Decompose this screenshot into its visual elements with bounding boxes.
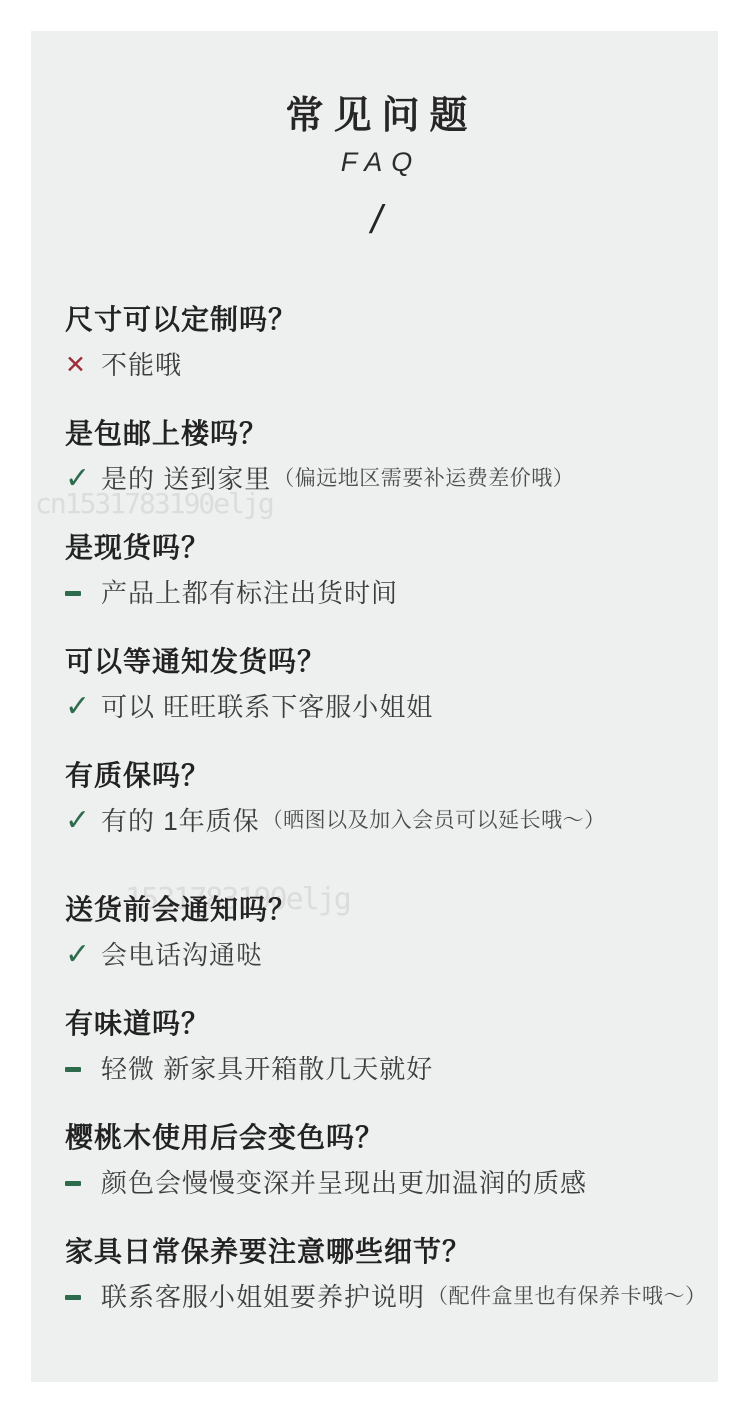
answer-note: （配件盒里也有保养卡哦～） [427,1279,707,1315]
check-icon: ✓ [65,803,101,839]
faq-item: 是现货吗？ 产品上都有标注出货时间 [65,533,688,611]
question-text: 送货前会通知吗？ [65,895,688,925]
faq-card: cn1531783190eljg 1531783190eljg 常见问题 FAQ… [31,31,718,1382]
question-text: 是现货吗？ [65,533,688,563]
faq-item: 尺寸可以定制吗？ ✕ 不能哦 [65,305,688,383]
question-text: 樱桃木使用后会变色吗？ [65,1123,688,1153]
dash-icon [65,1181,101,1186]
question-text: 可以等通知发货吗？ [65,647,688,677]
question-text: 是包邮上楼吗？ [65,419,688,449]
answer-row: 颜色会慢慢变深并呈现出更加温润的质感 [65,1165,688,1201]
faq-item: 送货前会通知吗？ ✓ 会电话沟通哒 [65,895,688,973]
answer-row: ✓ 会电话沟通哒 [65,937,688,973]
answer-note: （偏远地区需要补运费差价哦） [273,461,574,497]
answer-text: 轻微 新家具开箱散几天就好 [101,1051,433,1087]
answer-text: 产品上都有标注出货时间 [101,575,398,611]
answer-row: 产品上都有标注出货时间 [65,575,688,611]
faq-item: 可以等通知发货吗？ ✓ 可以 旺旺联系下客服小姐姐 [65,647,688,725]
answer-text: 不能哦 [101,347,182,383]
check-icon: ✓ [65,689,101,725]
divider-slash: / [65,199,688,241]
answer-row: 轻微 新家具开箱散几天就好 [65,1051,688,1087]
answer-row: 联系客服小姐姐要养护说明 （配件盒里也有保养卡哦～） [65,1279,688,1315]
faq-item: 樱桃木使用后会变色吗？ 颜色会慢慢变深并呈现出更加温润的质感 [65,1123,688,1201]
answer-row: ✓ 可以 旺旺联系下客服小姐姐 [65,689,688,725]
dash-icon [65,591,101,596]
title-block: 常见问题 FAQ / [65,93,688,241]
faq-content: 常见问题 FAQ / 尺寸可以定制吗？ ✕ 不能哦 是包邮上楼吗？ ✓ 是的 送… [31,31,718,1315]
faq-item: 有味道吗？ 轻微 新家具开箱散几天就好 [65,1009,688,1087]
question-text: 有质保吗？ [65,761,688,791]
answer-row: ✓ 是的 送到家里 （偏远地区需要补运费差价哦） [65,461,688,497]
answer-text: 可以 旺旺联系下客服小姐姐 [101,689,433,725]
answer-row: ✓ 有的 1年质保 （晒图以及加入会员可以延长哦～） [65,803,688,839]
check-icon: ✓ [65,461,101,497]
question-text: 家具日常保养要注意哪些细节？ [65,1237,688,1267]
cross-icon: ✕ [65,347,101,383]
answer-text: 颜色会慢慢变深并呈现出更加温润的质感 [101,1165,587,1201]
answer-text: 是的 送到家里 [101,461,271,497]
answer-row: ✕ 不能哦 [65,347,688,383]
dash-icon [65,1067,101,1072]
faq-item: 有质保吗？ ✓ 有的 1年质保 （晒图以及加入会员可以延长哦～） [65,761,688,839]
check-icon: ✓ [65,937,101,973]
answer-note: （晒图以及加入会员可以延长哦～） [262,803,606,839]
question-text: 尺寸可以定制吗？ [65,305,688,335]
dash-icon [65,1295,101,1300]
faq-item: 家具日常保养要注意哪些细节？ 联系客服小姐姐要养护说明 （配件盒里也有保养卡哦～… [65,1237,688,1315]
faq-list: 尺寸可以定制吗？ ✕ 不能哦 是包邮上楼吗？ ✓ 是的 送到家里 （偏远地区需要… [65,305,688,1315]
answer-text: 联系客服小姐姐要养护说明 [101,1279,425,1315]
answer-text: 会电话沟通哒 [101,937,263,973]
answer-text: 有的 1年质保 [101,803,260,839]
page-title: 常见问题 [65,93,688,139]
page-subtitle-faq: FAQ [65,145,688,179]
faq-item: 是包邮上楼吗？ ✓ 是的 送到家里 （偏远地区需要补运费差价哦） [65,419,688,497]
question-text: 有味道吗？ [65,1009,688,1039]
